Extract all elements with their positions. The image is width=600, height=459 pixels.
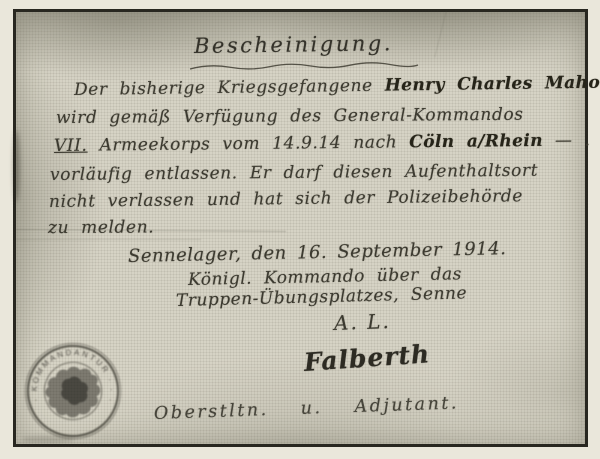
body-text: Armeekorps vom 14.9.14 nach [87,132,409,155]
paper-crease [434,11,447,58]
dateline: Sennelager, den 16. September 1914. [128,238,507,267]
ink-smudge [13,130,20,202]
handwritten-line: Der bisherige Kriegsgefangene Henry Char… [74,72,600,100]
handwritten-line: VII. Armeekorps vom 14.9.14 nach Cöln a/… [54,130,600,156]
document-plate: Bescheinigung. Der bisherige Kriegsgefan… [13,9,588,447]
body-text: Der bisherige Kriegsgefangene [74,76,373,100]
signature: Falberth [303,339,431,377]
handwritten-line: zu melden. [48,217,154,238]
scanned-document-photo: Bescheinigung. Der bisherige Kriegsgefan… [0,0,600,459]
initials: A. L. [334,309,392,335]
prisoner-name: Henry Charles Mahoney [385,72,600,95]
handwritten-line: nicht verlassen und hat sich der Polizei… [49,186,523,212]
title-underline-flourish [188,59,420,73]
handwritten-line: vorläufig entlassen. Er darf diesen Aufe… [50,161,538,185]
army-corps-numeral: VII. [54,136,88,156]
destination-place: Cöln a/Rhein [409,131,543,152]
signer-title-line: Oberstltn. u. Adjutant. [154,393,460,424]
paper-crease [16,239,201,240]
handwritten-line: wird gemäß Verfügung des General-Kommand… [56,105,524,128]
document-title: Bescheinigung. [194,31,393,58]
dotted-trail: — . . . . [555,130,600,151]
eagle-seal-stamp: · KOMMANDANTUR · · · [7,325,138,456]
